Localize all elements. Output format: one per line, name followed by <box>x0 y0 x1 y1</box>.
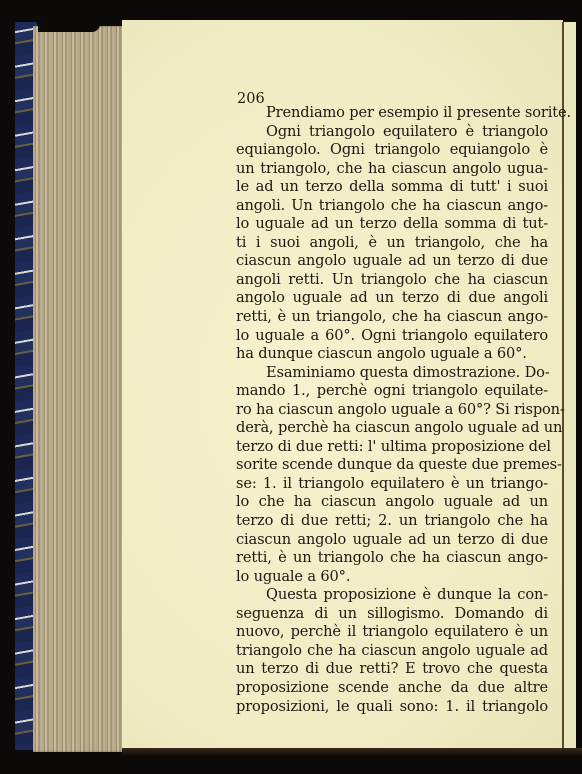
text-line: angolo uguale ad un terzo di due angoli <box>236 289 548 308</box>
text-line: triangolo che ha ciascun angolo uguale a… <box>236 642 548 661</box>
text-line: ha dunque ciascun angolo uguale a 60°. <box>236 345 548 364</box>
bottom-shadow <box>122 748 582 756</box>
text-line: nuovo, perchè il triangolo equilatero è … <box>236 623 548 642</box>
text-line: retti, è un triangolo che ha ciascun ang… <box>236 549 548 568</box>
cover-shadow <box>38 18 100 32</box>
text-line: se: 1. il triangolo equilatero è un tria… <box>236 475 548 494</box>
text-line: Questa proposizione è dunque la con- <box>236 586 548 605</box>
text-line: lo uguale a 60°. <box>236 568 548 587</box>
text-line: ro ha ciascun angolo uguale a 60°? Si ri… <box>236 401 548 420</box>
text-line: mando 1., perchè ogni triangolo equilate… <box>236 382 548 401</box>
page-text: Prendiamo per esempio il presente sorite… <box>236 104 548 716</box>
text-line: Ogni triangolo equilatero è triangolo <box>236 123 548 142</box>
text-line: un terzo di due retti? E trovo che quest… <box>236 660 548 679</box>
text-line: Esaminiamo questa dimostrazione. Do- <box>236 364 548 383</box>
text-line: retti, è un triangolo, che ha ciascun an… <box>236 308 548 327</box>
text-line: ciascun angolo uguale ad un terzo di due <box>236 252 548 271</box>
book-scan: 206 Prendiamo per esempio il presente so… <box>0 0 582 774</box>
text-line: le ad un terzo della somma di tutt' i su… <box>236 178 548 197</box>
text-line: derà, perchè ha ciascun angolo uguale ad… <box>236 419 548 438</box>
text-line: ti i suoi angoli, è un triangolo, che ha <box>236 234 548 253</box>
text-line: terzo di due retti; 2. un triangolo che … <box>236 512 548 531</box>
text-line: equiangolo. Ogni triangolo equiangolo è <box>236 141 548 160</box>
text-line: lo uguale ad un terzo della somma di tut… <box>236 215 548 234</box>
text-line: lo che ha ciascun angolo uguale ad un <box>236 493 548 512</box>
text-line: Prendiamo per esempio il presente sorite… <box>236 104 548 123</box>
text-line: angoli. Un triangolo che ha ciascun ango… <box>236 197 548 216</box>
text-line: sorite scende dunque da queste due preme… <box>236 456 548 475</box>
text-line: un triangolo, che ha ciascun angolo ugua… <box>236 160 548 179</box>
text-line: seguenza di un sillogismo. Domando di <box>236 605 548 624</box>
text-line: ciascun angolo uguale ad un terzo di due <box>236 531 548 550</box>
page-fore-edge <box>33 26 125 752</box>
facing-page-edge <box>564 22 576 750</box>
text-line: lo uguale a 60°. Ogni triangolo equilate… <box>236 327 548 346</box>
text-line: proposizione scende anche da due altre <box>236 679 548 698</box>
text-line: proposizioni, le quali sono: 1. il trian… <box>236 698 548 717</box>
text-line: terzo di due retti: l' ultima proposizio… <box>236 438 548 457</box>
text-line: angoli retti. Un triangolo che ha ciascu… <box>236 271 548 290</box>
